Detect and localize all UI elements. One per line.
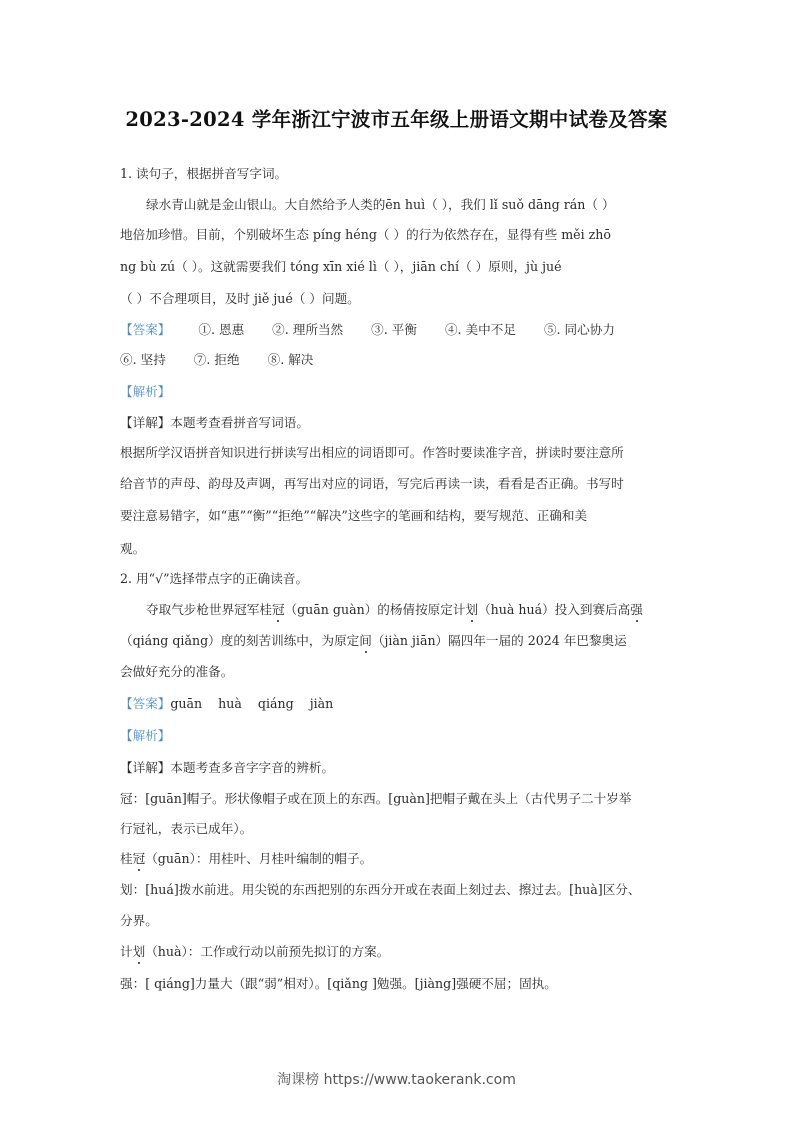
passage-text: （qiáng qiǎng）度的刻苦训练中，为原定 [120, 633, 359, 648]
question-2-note: 强：[ qiáng]力量大（跟“弱”相对）。[qiǎng ]勉强。[jiàng]… [120, 976, 676, 992]
dotted-char: 间 [359, 633, 372, 648]
passage-text: （huà huá）投入到赛后高 [478, 602, 630, 617]
question-2-note: 冠：[guān]帽子。形状像帽子或在顶上的东西。[guàn]把帽子戴在头上（古代… [120, 791, 676, 807]
document-title: 2023-2024 学年浙江宁波市五年级上册语文期中试卷及答案 [0, 104, 793, 132]
detail-text: 本题考查看拼音写词语。 [170, 415, 309, 430]
question-1-passage-line: ng bù zú（ ）。这就需要我们 tóng xīn xié lì（ ），ji… [120, 259, 676, 275]
question-1-analysis-tag: 【解析】 [120, 384, 676, 400]
passage-text: 夺取气步枪世界冠军桂 [146, 602, 272, 617]
note-text: 计 [120, 944, 133, 959]
question-2-note: 划：[huá]拨水前进。用尖锐的东西把别的东西分开或在表面上刻过去、擦过去。[h… [120, 882, 676, 898]
question-2-prompt: 2. 用“√”选择带点字的正确读音。 [120, 571, 676, 587]
footer-watermark: 淘课榜 https://www.taokerank.com [0, 1069, 793, 1089]
question-1-passage-line: （ ）不合理项目，及时 jiě jué（ ）问题。 [120, 291, 676, 307]
question-1-detail-line: 根据所学汉语拼音知识进行拼读写出相应的词语即可。作答时要读准字音，拼读时要注意所 [120, 445, 676, 461]
question-1-detail-line: 要注意易错字，如“惠”“衡”“拒绝”“解决”这些字的笔画和结构，要写规范、正确和… [120, 508, 676, 524]
question-2-analysis-tag: 【解析】 [120, 728, 676, 744]
question-2-note: 行冠礼，表示已成年）。 [120, 821, 676, 837]
dotted-char: 冠 [272, 602, 285, 617]
question-1-detail-line: 观。 [120, 541, 676, 557]
question-2-passage-line: 会做好充分的准备。 [120, 664, 676, 680]
detail-text: 本题考查多音字字音的辨析。 [170, 760, 334, 775]
question-2-detail: 【详解】本题考查多音字字音的辨析。 [120, 760, 676, 776]
answer-item: huà [218, 696, 242, 711]
answer-item: qiáng [258, 696, 294, 711]
passage-text: （guān guàn）的杨倩按原定计 [285, 602, 466, 617]
answer-item: ⑦. 拒绝 [194, 352, 240, 367]
dotted-char: 划 [133, 944, 146, 959]
question-2-note: 计划（huà）：工作或行动以前预先拟订的方案。 [120, 944, 676, 960]
passage-text: （jiàn jiān）隔四年一届的 2024 年巴黎奥运 [372, 633, 627, 648]
question-2-note: 分界。 [120, 913, 676, 929]
question-1-passage-line: 绿水青山就是金山银山。大自然给予人类的ēn huì（ ），我们 lǐ suǒ d… [120, 197, 702, 213]
answer-item: ①. 恩惠 [198, 322, 244, 337]
dotted-char: 冠 [133, 851, 146, 866]
question-1-prompt: 1. 读句子，根据拼音写字词。 [120, 166, 676, 182]
answer-item: jiàn [310, 696, 334, 711]
dotted-char: 强 [630, 602, 643, 617]
answer-tag: 【答案】 [120, 696, 170, 711]
question-1-passage-line: 地倍加珍惜。目前，个别破坏生态 píng héng（ ）的行为依然存在，显得有些… [120, 227, 676, 243]
note-text: 桂 [120, 851, 133, 866]
question-1-detail-line: 给音节的声母、韵母及声调，再写出对应的词语，写完后再读一读，看看是否正确。书写时 [120, 476, 676, 492]
answer-item: ⑤. 同心协力 [544, 322, 615, 337]
question-1-answer: 【答案】①. 恩惠②. 理所当然③. 平衡④. 美中不足⑤. 同心协力 [120, 322, 676, 338]
note-text: （huà）：工作或行动以前预先拟订的方案。 [145, 944, 389, 959]
answer-item: ⑥. 坚持 [120, 352, 166, 367]
answer-item: guān [170, 696, 202, 711]
answer-item: ④. 美中不足 [445, 322, 516, 337]
question-2-answer: 【答案】guānhuàqiángjiàn [120, 696, 676, 712]
answer-item: ③. 平衡 [371, 322, 417, 337]
note-text: （guān）：用桂叶、月桂叶编制的帽子。 [145, 851, 372, 866]
question-2-passage-line: 夺取气步枪世界冠军桂冠（guān guàn）的杨倩按原定计划（huà huá）投… [120, 602, 702, 618]
question-1-detail: 【详解】本题考查看拼音写词语。 [120, 415, 676, 431]
question-2-note: 桂冠（guān）：用桂叶、月桂叶编制的帽子。 [120, 851, 676, 867]
dotted-char: 划 [465, 602, 478, 617]
answer-item: ②. 理所当然 [272, 322, 343, 337]
detail-tag: 【详解】 [120, 760, 170, 775]
question-1-answer-cont: ⑥. 坚持⑦. 拒绝⑧. 解决 [120, 352, 676, 368]
detail-tag: 【详解】 [120, 415, 170, 430]
answer-item: ⑧. 解决 [268, 352, 314, 367]
answer-tag: 【答案】 [120, 322, 170, 337]
question-2-passage-line: （qiáng qiǎng）度的刻苦训练中，为原定间（jiàn jiān）隔四年一… [120, 633, 676, 649]
